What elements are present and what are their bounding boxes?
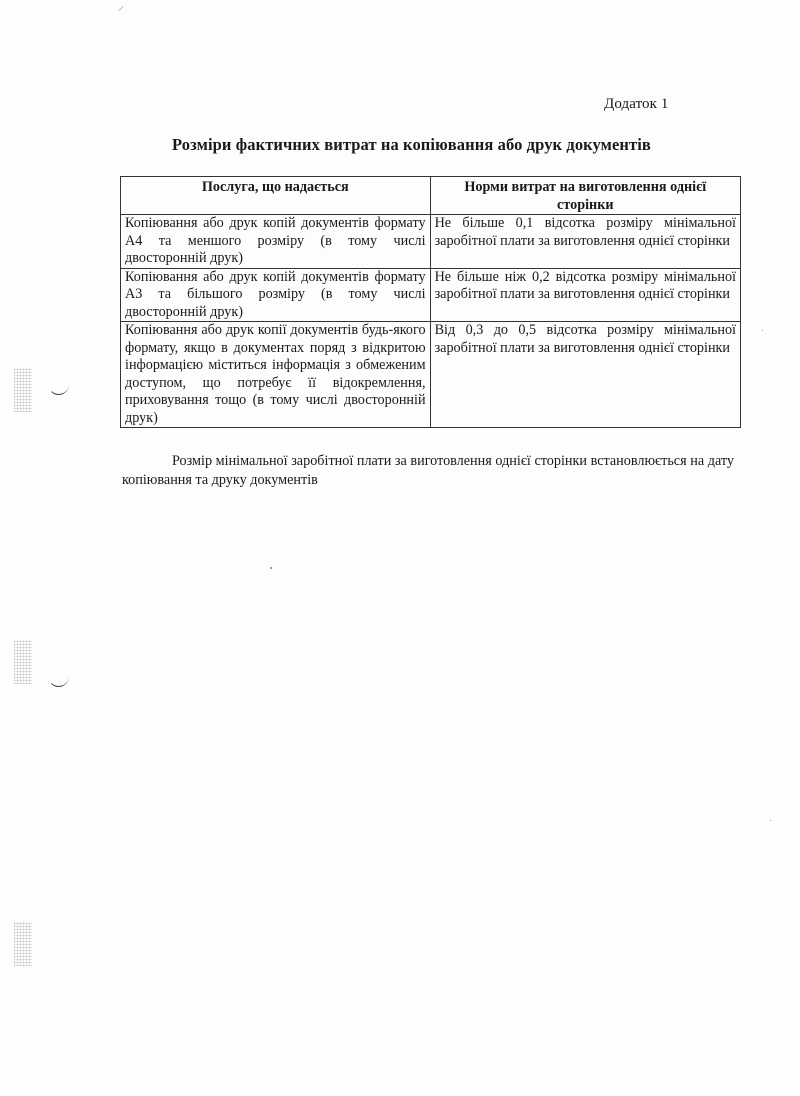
header-norm: Норми витрат на виготовлення однієї стор…	[430, 177, 740, 215]
document-title: Розміри фактичних витрат на копіювання а…	[120, 135, 800, 155]
note-paragraph: Розмір мінімальної заробітної плати за в…	[122, 452, 734, 490]
service-cell: Копіювання або друк копії документів буд…	[121, 322, 431, 428]
scan-speck	[762, 330, 763, 331]
scanned-page: Додаток 1 Розміри фактичних витрат на ко…	[0, 0, 800, 1096]
table-row: Копіювання або друк копій документів фор…	[121, 215, 741, 269]
costs-table: Послуга, що надається Норми витрат на ви…	[120, 176, 741, 428]
punch-hole-arc	[48, 380, 69, 395]
scan-artifact-mark	[14, 640, 32, 684]
norm-cell: Не більше 0,1 відсотка розміру мінімальн…	[430, 215, 740, 269]
punch-hole-arc	[48, 672, 69, 687]
table-row: Копіювання або друк копії документів буд…	[121, 322, 741, 428]
scan-speck	[270, 567, 272, 569]
header-service: Послуга, що надається	[121, 177, 431, 215]
scan-speck	[118, 6, 123, 11]
table-row: Копіювання або друк копій документів фор…	[121, 268, 741, 322]
norm-cell: Від 0,3 до 0,5 відсотка розміру мінімаль…	[430, 322, 740, 428]
service-cell: Копіювання або друк копій документів фор…	[121, 215, 431, 269]
scan-artifact-mark	[14, 368, 32, 412]
table-header-row: Послуга, що надається Норми витрат на ви…	[121, 177, 741, 215]
scan-artifact-mark	[14, 922, 32, 966]
norm-cell: Не більше ніж 0,2 відсотка розміру мінім…	[430, 268, 740, 322]
scan-speck	[770, 820, 771, 821]
appendix-label: Додаток 1	[604, 96, 669, 113]
service-cell: Копіювання або друк копій документів фор…	[121, 268, 431, 322]
